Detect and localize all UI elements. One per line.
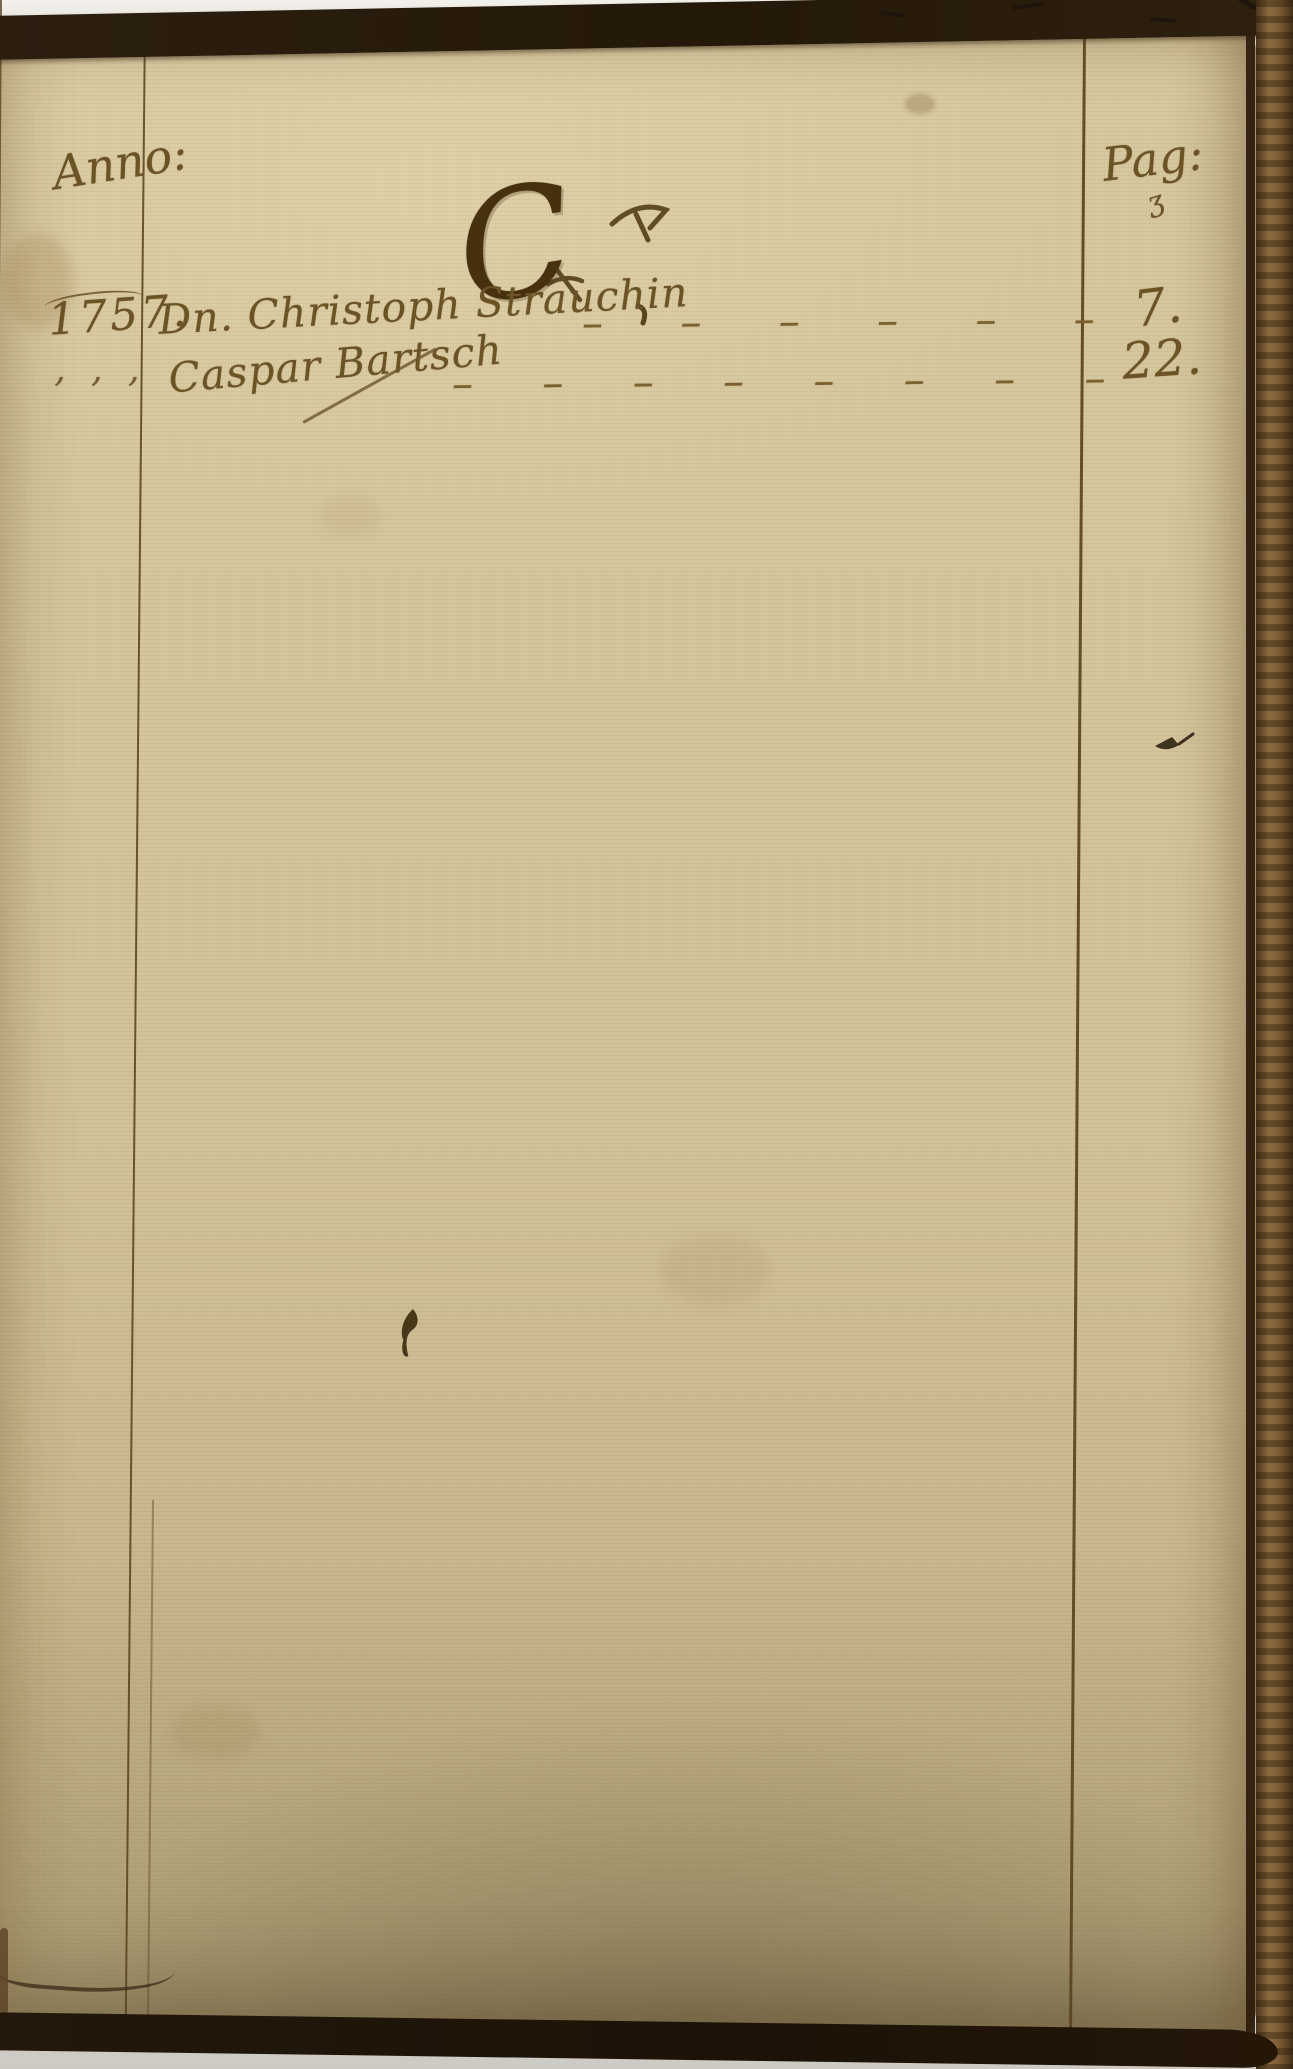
entry-leader-dashes: – – – – – – – – bbox=[452, 357, 1106, 405]
ink-mark bbox=[1152, 728, 1198, 756]
paper-stain bbox=[905, 94, 935, 114]
manuscript-scan: Anno: Pag: ʒ C 1757. Dn. Christoph Strau… bbox=[0, 0, 1293, 2069]
book-page-block-edge bbox=[1256, 0, 1293, 2069]
paper-stain bbox=[170, 1704, 260, 1759]
page-right-edge-line bbox=[1246, 30, 1255, 2042]
entry-page-number: 22. bbox=[1120, 331, 1203, 386]
paper-stain bbox=[320, 494, 380, 534]
entry-page-number: 7. bbox=[1131, 279, 1184, 334]
entry-leader-dashes: – – – – – – bbox=[582, 298, 1095, 344]
paper-stain bbox=[660, 1234, 770, 1304]
underlying-page-sliver bbox=[0, 1928, 8, 2014]
entry-year-ditto: ‚ ‚ ‚ bbox=[54, 352, 139, 388]
pag-column-header: Pag: ʒ bbox=[1100, 130, 1206, 188]
